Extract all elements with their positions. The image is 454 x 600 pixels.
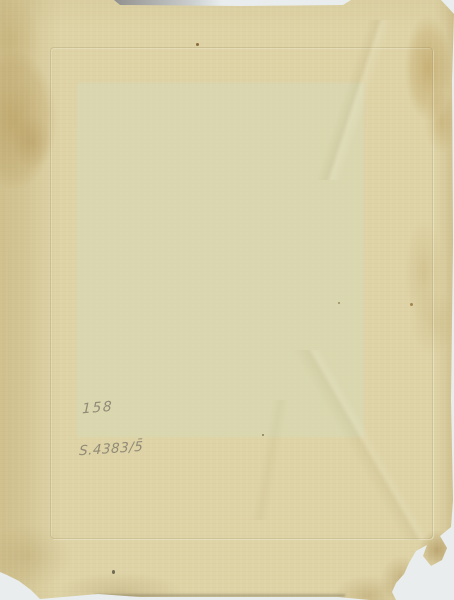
embossed-border-line [50,47,433,539]
foxing-speck [410,303,413,306]
foxing-speck [338,302,340,304]
foxing-speck [262,434,264,436]
paper-sheet-verso: 158 S.4383/5̄ [0,0,454,600]
scan-backdrop: 158 S.4383/5̄ [0,0,454,600]
foxing-speck [196,43,199,46]
bottom-edge-shadow [95,594,345,597]
pencil-annotation-number: 158 [82,399,113,418]
foxing-speck [112,570,115,574]
